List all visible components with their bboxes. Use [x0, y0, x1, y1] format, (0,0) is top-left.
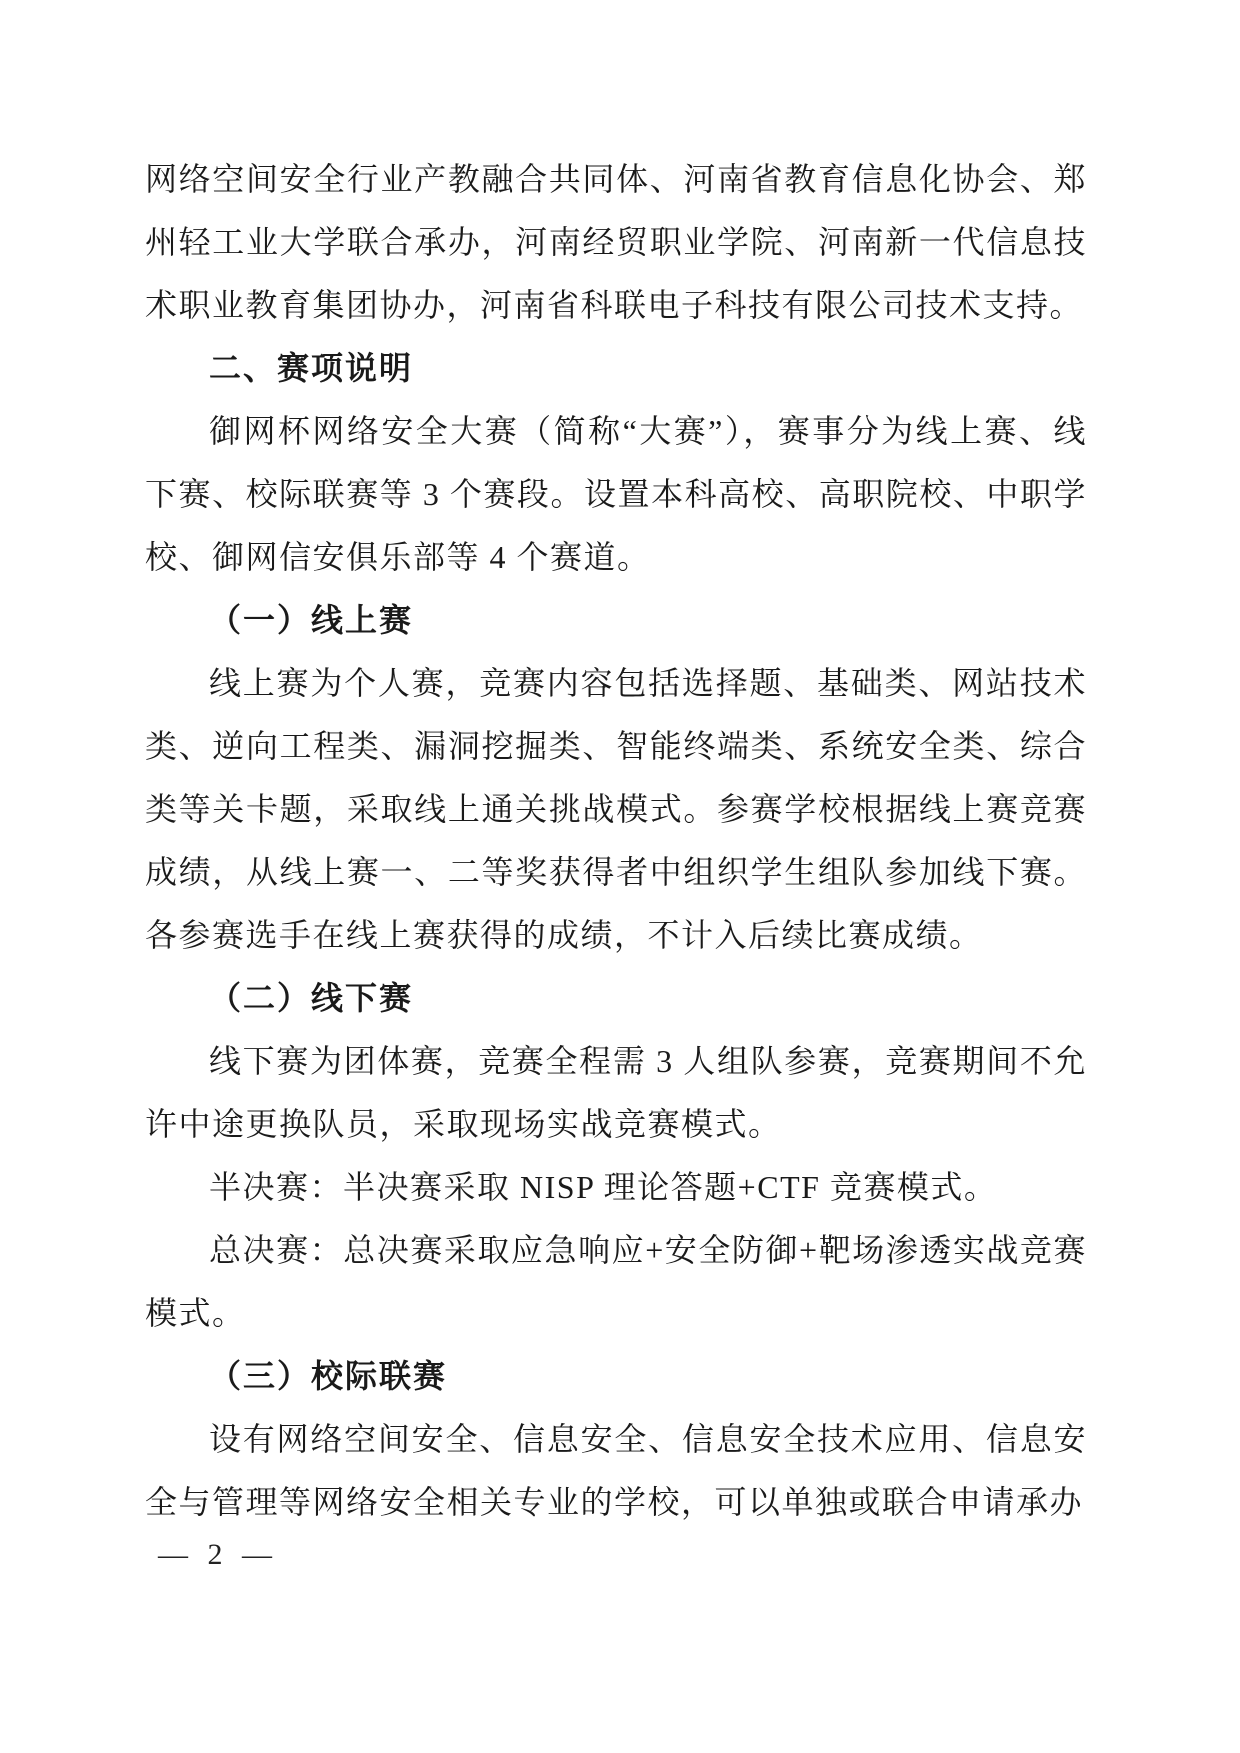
heading-event-description: 二、赛项说明 — [145, 337, 1087, 400]
paragraph-final-mode: 总决赛：总决赛采取应急响应+安全防御+靶场渗透实战竞赛模式。 — [145, 1219, 1087, 1345]
heading-online-round: （一）线上赛 — [145, 589, 1087, 652]
paragraph-online-round-details: 线上赛为个人赛，竞赛内容包括选择题、基础类、网站技术类、逆向工程类、漏洞挖掘类、… — [145, 652, 1087, 967]
paragraph-semifinal-mode: 半决赛：半决赛采取 NISP 理论答题+CTF 竞赛模式。 — [145, 1156, 1087, 1219]
paragraph-organizers: 网络空间安全行业产教融合共同体、河南省教育信息化协会、郑州轻工业大学联合承办，河… — [145, 148, 1087, 337]
page-number: — 2 — — [158, 1538, 278, 1571]
heading-interschool-league: （三）校际联赛 — [145, 1345, 1087, 1408]
document-page: 网络空间安全行业产教融合共同体、河南省教育信息化协会、郑州轻工业大学联合承办，河… — [0, 0, 1240, 1753]
document-body: 网络空间安全行业产教融合共同体、河南省教育信息化协会、郑州轻工业大学联合承办，河… — [145, 148, 1087, 1534]
paragraph-offline-round-details: 线下赛为团体赛，竞赛全程需 3 人组队参赛，竞赛期间不允许中途更换队员，采取现场… — [145, 1030, 1087, 1156]
paragraph-event-overview: 御网杯网络安全大赛（简称“大赛”），赛事分为线上赛、线下赛、校际联赛等 3 个赛… — [145, 400, 1087, 589]
paragraph-interschool-league-details: 设有网络空间安全、信息安全、信息安全技术应用、信息安全与管理等网络安全相关专业的… — [145, 1408, 1087, 1534]
page-footer: — 2 — — [158, 1538, 278, 1572]
heading-offline-round: （二）线下赛 — [145, 967, 1087, 1030]
